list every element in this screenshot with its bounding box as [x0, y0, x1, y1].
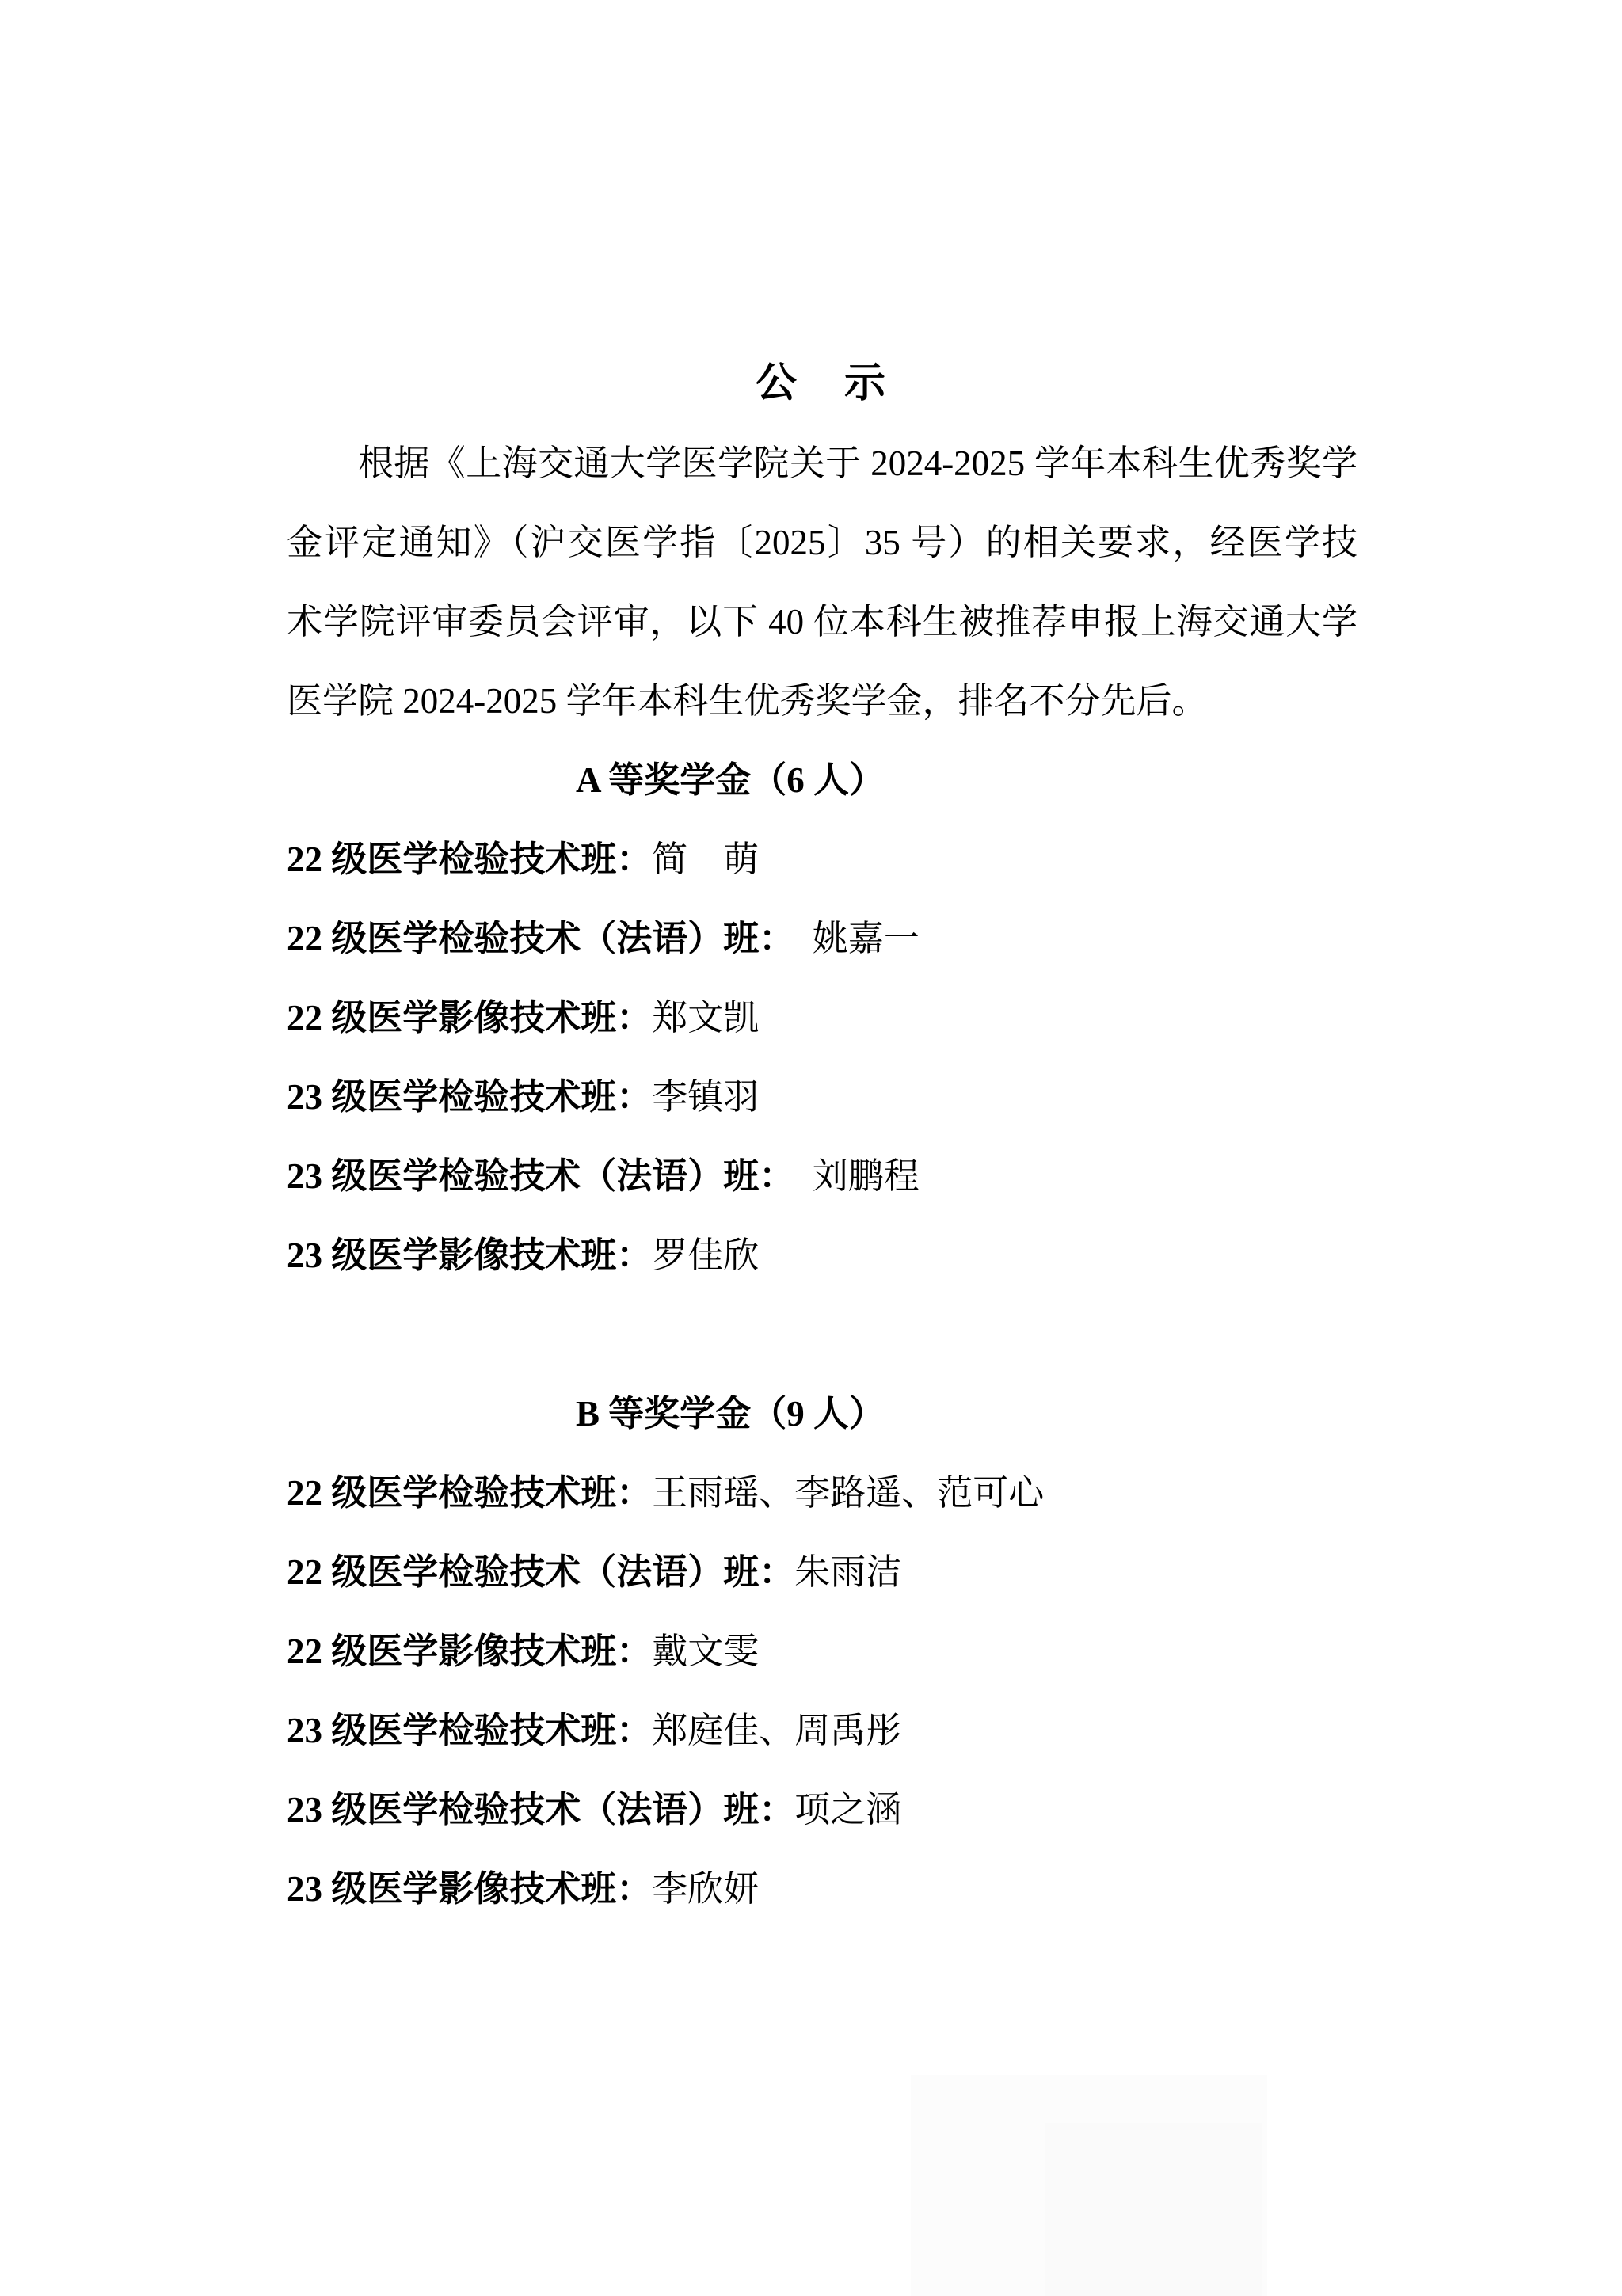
- award-item-a4: 23 级医学检验技术班：李镇羽: [287, 1057, 1357, 1137]
- class-label: 22 级医学检验技术班：: [287, 1473, 652, 1513]
- student-names: 王雨瑶、李路遥、范可心: [652, 1473, 1044, 1513]
- student-names: 项之涵: [794, 1790, 901, 1830]
- section-b-heading: B 等奖学金（9 人）: [287, 1374, 1357, 1453]
- class-label: 22 级医学检验技术班：: [287, 840, 652, 879]
- award-item-b2: 22 级医学检验技术（法语）班：朱雨洁: [287, 1533, 1357, 1612]
- intro-paragraph-line-3: 术学院评审委员会评审，以下 40 位本科生被推荐申报上海交通大学: [287, 582, 1357, 661]
- class-label: 22 级医学检验技术（法语）班：: [287, 1552, 794, 1592]
- class-label: 22 级医学影像技术班：: [287, 998, 652, 1038]
- award-item-b3: 22 级医学影像技术班：戴文雯: [287, 1612, 1357, 1691]
- class-label: 23 级医学检验技术（法语）班：: [287, 1156, 777, 1196]
- student-names: 罗佳欣: [652, 1236, 759, 1275]
- student-names: 朱雨洁: [794, 1552, 901, 1592]
- award-item-b5: 23 级医学检验技术（法语）班：项之涵: [287, 1770, 1357, 1849]
- student-names: 戴文雯: [652, 1632, 759, 1671]
- class-label: 22 级医学影像技术班：: [287, 1632, 652, 1671]
- class-label: 22 级医学检验技术（法语）班：: [287, 919, 777, 958]
- award-item-b4: 23 级医学检验技术班：郑庭佳、周禹彤: [287, 1691, 1357, 1770]
- class-label: 23 级医学影像技术班：: [287, 1869, 652, 1909]
- student-names: 郑庭佳、周禹彤: [652, 1711, 901, 1750]
- award-item-a3: 22 级医学影像技术班：郑文凯: [287, 978, 1357, 1057]
- intro-paragraph-line-1: 根据《上海交通大学医学院关于 2024-2025 学年本科生优秀奖学: [287, 424, 1357, 503]
- class-label: 23 级医学检验技术（法语）班：: [287, 1790, 794, 1830]
- section-a-heading: A 等奖学金（6 人）: [287, 741, 1357, 820]
- student-names: 郑文凯: [652, 998, 759, 1038]
- award-item-a5: 23 级医学检验技术（法语）班： 刘鹏程: [287, 1137, 1357, 1216]
- intro-paragraph-line-2: 金评定通知》（沪交医学指〔2025〕35 号）的相关要求，经医学技: [287, 503, 1357, 582]
- page-title: 公 示: [287, 345, 1357, 424]
- award-item-b1: 22 级医学检验技术班：王雨瑶、李路遥、范可心: [287, 1453, 1357, 1533]
- class-label: 23 级医学检验技术班：: [287, 1711, 652, 1750]
- award-item-b6: 23 级医学影像技术班：李欣妍: [287, 1849, 1357, 1929]
- student-names: 李欣妍: [652, 1869, 759, 1909]
- class-label: 23 级医学检验技术班：: [287, 1077, 652, 1117]
- award-item-a2: 22 级医学检验技术（法语）班： 姚嘉一: [287, 899, 1357, 978]
- announcement-page: 公 示 根据《上海交通大学医学院关于 2024-2025 学年本科生优秀奖学 金…: [0, 0, 1622, 2296]
- student-names: 刘鹏程: [777, 1156, 920, 1196]
- section-gap: [287, 1295, 1357, 1374]
- document-content: 公 示 根据《上海交通大学医学院关于 2024-2025 学年本科生优秀奖学 金…: [287, 0, 1357, 1929]
- award-item-a6: 23 级医学影像技术班：罗佳欣: [287, 1216, 1357, 1295]
- class-label: 23 级医学影像技术班：: [287, 1236, 652, 1275]
- award-item-a1: 22 级医学检验技术班：简 萌: [287, 820, 1357, 899]
- student-names: 李镇羽: [652, 1077, 759, 1117]
- scan-artifact: [1045, 2123, 1262, 2296]
- student-names: 姚嘉一: [777, 919, 920, 958]
- intro-paragraph-line-4: 医学院 2024-2025 学年本科生优秀奖学金，排名不分先后。: [287, 661, 1357, 741]
- student-names: 简 萌: [652, 840, 759, 879]
